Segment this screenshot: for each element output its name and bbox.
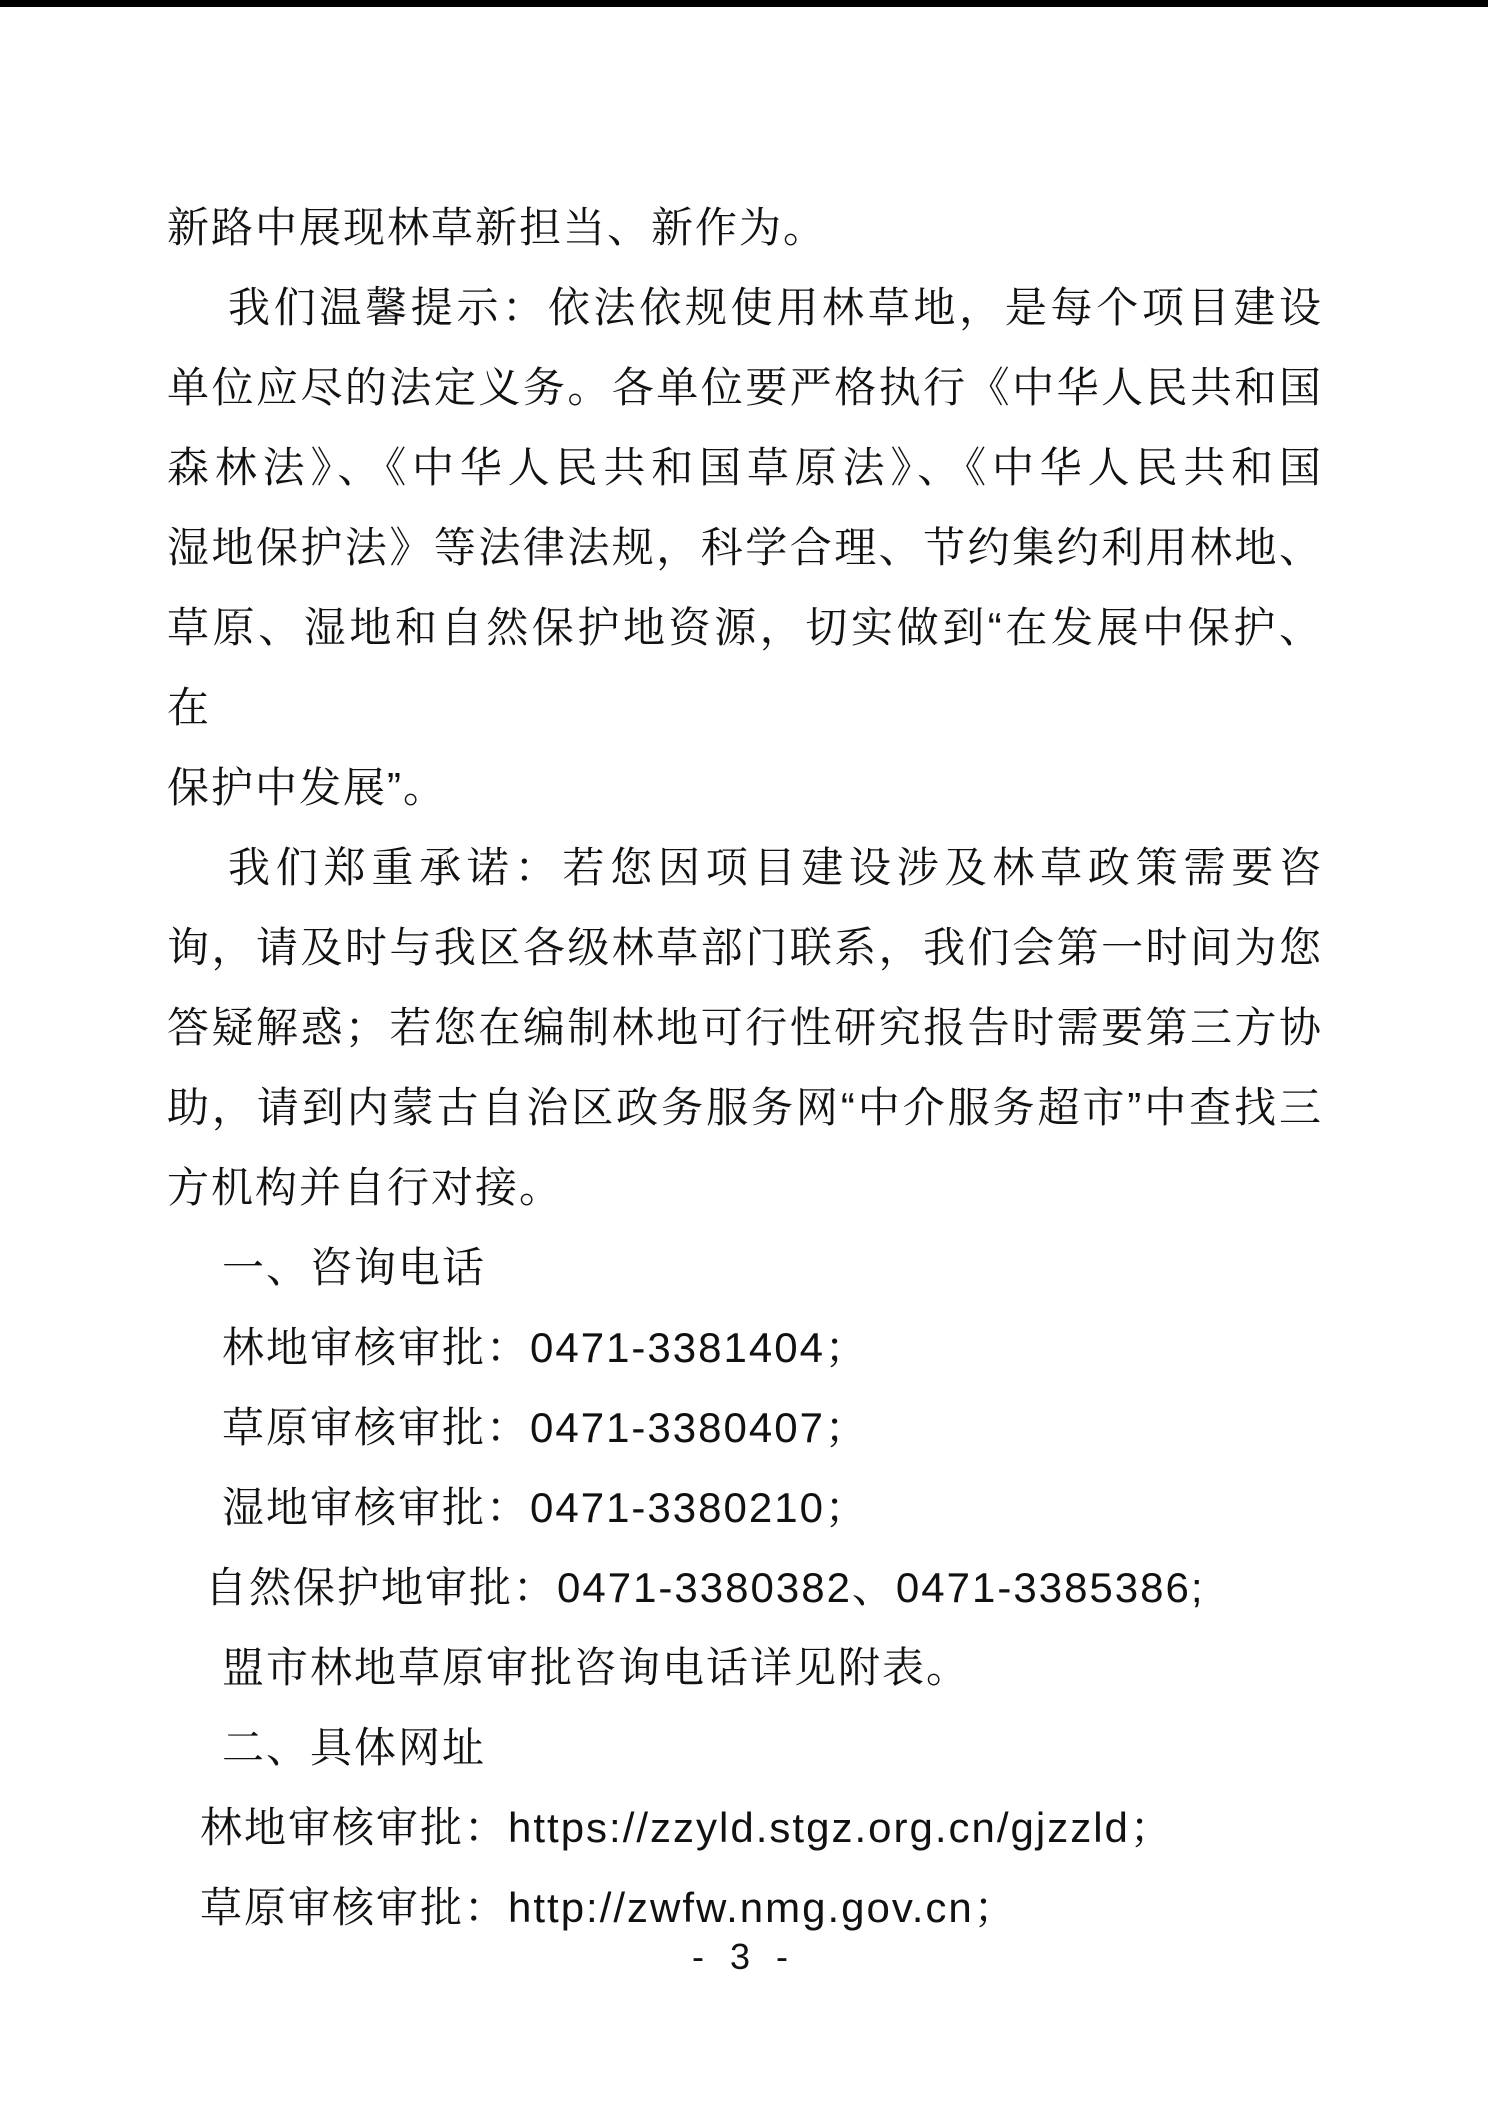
phone-line-nature-reserve: 自然保护地审批：0471-3380382、0471-3385386; bbox=[205, 1548, 1323, 1628]
promise-paragraph-line: 询，请及时与我区各级林草部门联系，我们会第一时间为您 bbox=[167, 908, 1323, 988]
phone-line-forest: 林地审核审批：0471-3381404； bbox=[222, 1308, 1323, 1388]
promise-paragraph-line: 方机构并自行对接。 bbox=[167, 1148, 1323, 1228]
phone-line-grassland: 草原审核审批：0471-3380407； bbox=[222, 1388, 1323, 1468]
tip-paragraph-line: 森林法》、《中华人民共和国草原法》、《中华人民共和国 bbox=[167, 428, 1323, 508]
document-page: 新路中展现林草新担当、新作为。 我们温馨提示：依法依规使用林草地，是每个项目建设… bbox=[0, 0, 1488, 2104]
tip-paragraph-line: 湿地保护法》等法律法规，科学合理、节约集约利用林地、 bbox=[167, 508, 1323, 588]
tip-paragraph-line: 草原、湿地和自然保护地资源，切实做到“在发展中保护、在 bbox=[167, 588, 1323, 748]
document-body: 新路中展现林草新担当、新作为。 我们温馨提示：依法依规使用林草地，是每个项目建设… bbox=[167, 188, 1323, 1948]
scan-edge-artifact bbox=[0, 0, 1488, 7]
section-heading-urls: 二、具体网址 bbox=[222, 1708, 1323, 1788]
page-footer: - 3 - bbox=[0, 1936, 1488, 1978]
tip-paragraph-line: 保护中发展”。 bbox=[167, 748, 1323, 828]
phone-line-league-note: 盟市林地草原审批咨询电话详见附表。 bbox=[222, 1628, 1323, 1708]
promise-paragraph-line: 我们郑重承诺：若您因项目建设涉及林草政策需要咨 bbox=[228, 828, 1323, 908]
url-line-forest: 林地审核审批：https://zzyld.stgz.org.cn/gjzzld； bbox=[200, 1788, 1323, 1868]
page-number: - 3 - bbox=[692, 1936, 796, 1977]
paragraph-end-line: 新路中展现林草新担当、新作为。 bbox=[167, 188, 1323, 268]
promise-paragraph-line: 答疑解惑；若您在编制林地可行性研究报告时需要第三方协 bbox=[167, 988, 1323, 1068]
promise-paragraph-line: 助，请到内蒙古自治区政务服务网“中介服务超市”中查找三 bbox=[167, 1068, 1323, 1148]
tip-paragraph-line: 我们温馨提示：依法依规使用林草地，是每个项目建设 bbox=[228, 268, 1323, 348]
phone-line-wetland: 湿地审核审批：0471-3380210； bbox=[222, 1468, 1323, 1548]
tip-paragraph-line: 单位应尽的法定义务。各单位要严格执行《中华人民共和国 bbox=[167, 348, 1323, 428]
section-heading-phone: 一、咨询电话 bbox=[222, 1228, 1323, 1308]
